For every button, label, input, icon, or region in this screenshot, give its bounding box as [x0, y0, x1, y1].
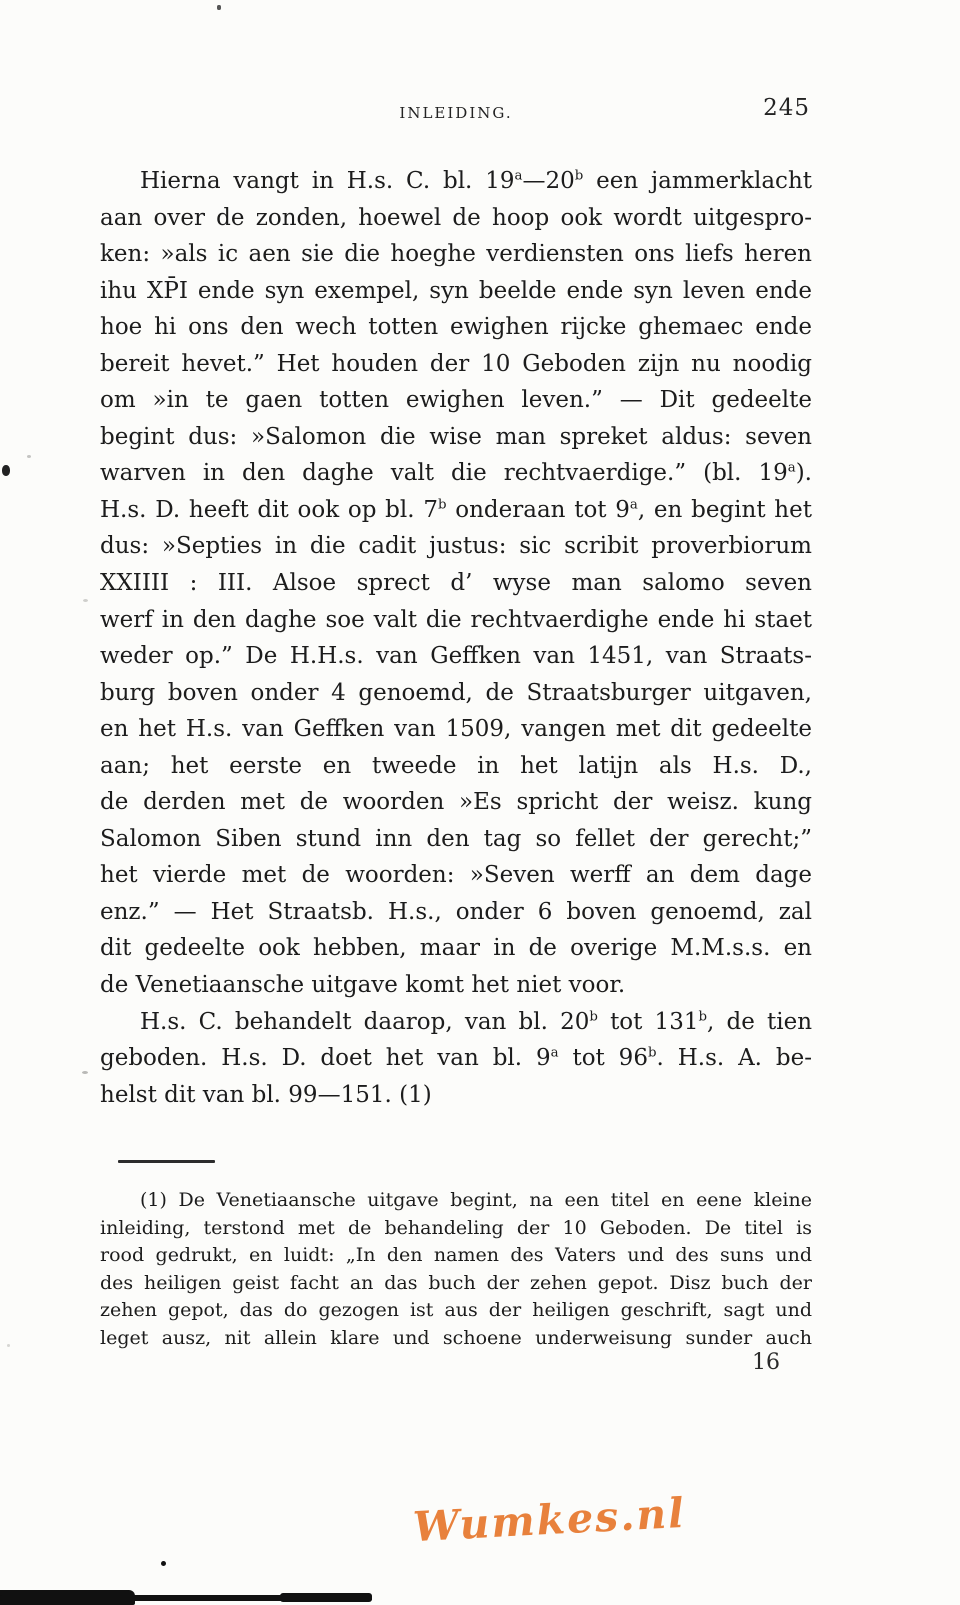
scan-artifact-speck [27, 455, 31, 458]
text-line: de Venetiaansche uitgave komt het niet v… [100, 967, 812, 1004]
text-line: bereit hevet.” Het houden der 10 Geboden… [100, 346, 812, 383]
text-line: geboden. H.s. D. doet het van bl. 9a tot… [100, 1040, 812, 1077]
text-line: enz.” — Het Straatsb. H.s., onder 6 bove… [100, 894, 812, 931]
text-line: H.s. C. behandelt daarop, van bl. 20b to… [100, 1004, 812, 1041]
footnote-text: (1) De Venetiaansche uitgave begint, na … [100, 1187, 812, 1352]
text-line: Salomon Siben stund inn den tag so felle… [100, 821, 812, 858]
text-line: H.s. D. heeft dit ook op bl. 7b onderaan… [100, 492, 812, 529]
scan-artifact-speck [7, 1344, 10, 1347]
text-line: zehen gepot, das do gezogen ist aus der … [100, 1297, 812, 1325]
folio-superscript: b [698, 1009, 707, 1024]
text-line: begint dus: »Salomon die wise man spreke… [100, 419, 812, 456]
running-head-title: INLEIDING. [100, 104, 812, 122]
text-line: warven in den daghe valt die rechtvaerdi… [100, 455, 812, 492]
scan-artifact-speck [82, 1071, 88, 1074]
folio-superscript: b [589, 1009, 598, 1024]
folio-superscript: a [551, 1045, 559, 1060]
scan-artifact-bottom-bar [0, 1595, 372, 1601]
text-line: ihu XP̄I ende syn exempel, syn beelde en… [100, 273, 812, 310]
folio-superscript: a [514, 168, 522, 183]
text-line: (1) De Venetiaansche uitgave begint, na … [100, 1187, 812, 1215]
text-line: leget ausz, nit allein klare und schoene… [100, 1325, 812, 1353]
text-line: hoe hi ons den wech totten ewighen rijck… [100, 309, 812, 346]
body-text: Hierna vangt in H.s. C. bl. 19a—20b een … [100, 163, 812, 1113]
text-line: aan over de zonden, hoewel de hoop ook w… [100, 200, 812, 237]
text-line: om »in te gaen totten ewighen leven.” — … [100, 382, 812, 419]
scanned-book-page: INLEIDING. 245 Hierna vangt in H.s. C. b… [0, 0, 960, 1605]
text-line: inleiding, terstond met de behandeling d… [100, 1215, 812, 1243]
text-line: dit gedeelte ook hebben, maar in de over… [100, 930, 812, 967]
folio-superscript: b [438, 497, 447, 512]
text-line: dus: »Septies in die cadit justus: sic s… [100, 528, 812, 565]
printer-signature-mark: 16 [752, 1350, 780, 1375]
text-line: Hierna vangt in H.s. C. bl. 19a—20b een … [100, 163, 812, 200]
scan-artifact-speck [83, 599, 88, 602]
text-line: ken: »als ic aen sie die hoeghe verdiens… [100, 236, 812, 273]
text-line: en het H.s. van Geffken van 1509, vangen… [100, 711, 812, 748]
folio-superscript: a [788, 461, 796, 476]
page-number: 245 [763, 95, 810, 121]
text-line: helst dit van bl. 99—151. (1) [100, 1077, 812, 1114]
text-line: XXIIII : III. Alsoe sprect d’ wyse man s… [100, 565, 812, 602]
scan-artifact-left-margin-mark [2, 465, 10, 476]
text-line: burg boven onder 4 genoemd, de Straatsbu… [100, 675, 812, 712]
text-line: het vierde met de woorden: »Seven werff … [100, 857, 812, 894]
text-line: rood gedrukt, en luidt: „In den namen de… [100, 1242, 812, 1270]
text-line: weder op.” De H.H.s. van Geffken van 145… [100, 638, 812, 675]
footnote-divider-rule [118, 1160, 215, 1163]
wumkes-watermark: Wumkes.nl [412, 1489, 687, 1551]
text-line: aan; het eerste en tweede in het latijn … [100, 748, 812, 785]
text-line: werf in den daghe soe valt die rechtvaer… [100, 602, 812, 639]
text-line: des heiligen geist facht an das buch der… [100, 1270, 812, 1298]
folio-superscript: b [575, 168, 584, 183]
folio-superscript: b [648, 1045, 657, 1060]
folio-superscript: a [630, 497, 638, 512]
text-line: de derden met de woorden »Es spricht der… [100, 784, 812, 821]
scan-artifact-dot-top [217, 5, 221, 10]
scan-artifact-dot-bottom [161, 1561, 166, 1566]
